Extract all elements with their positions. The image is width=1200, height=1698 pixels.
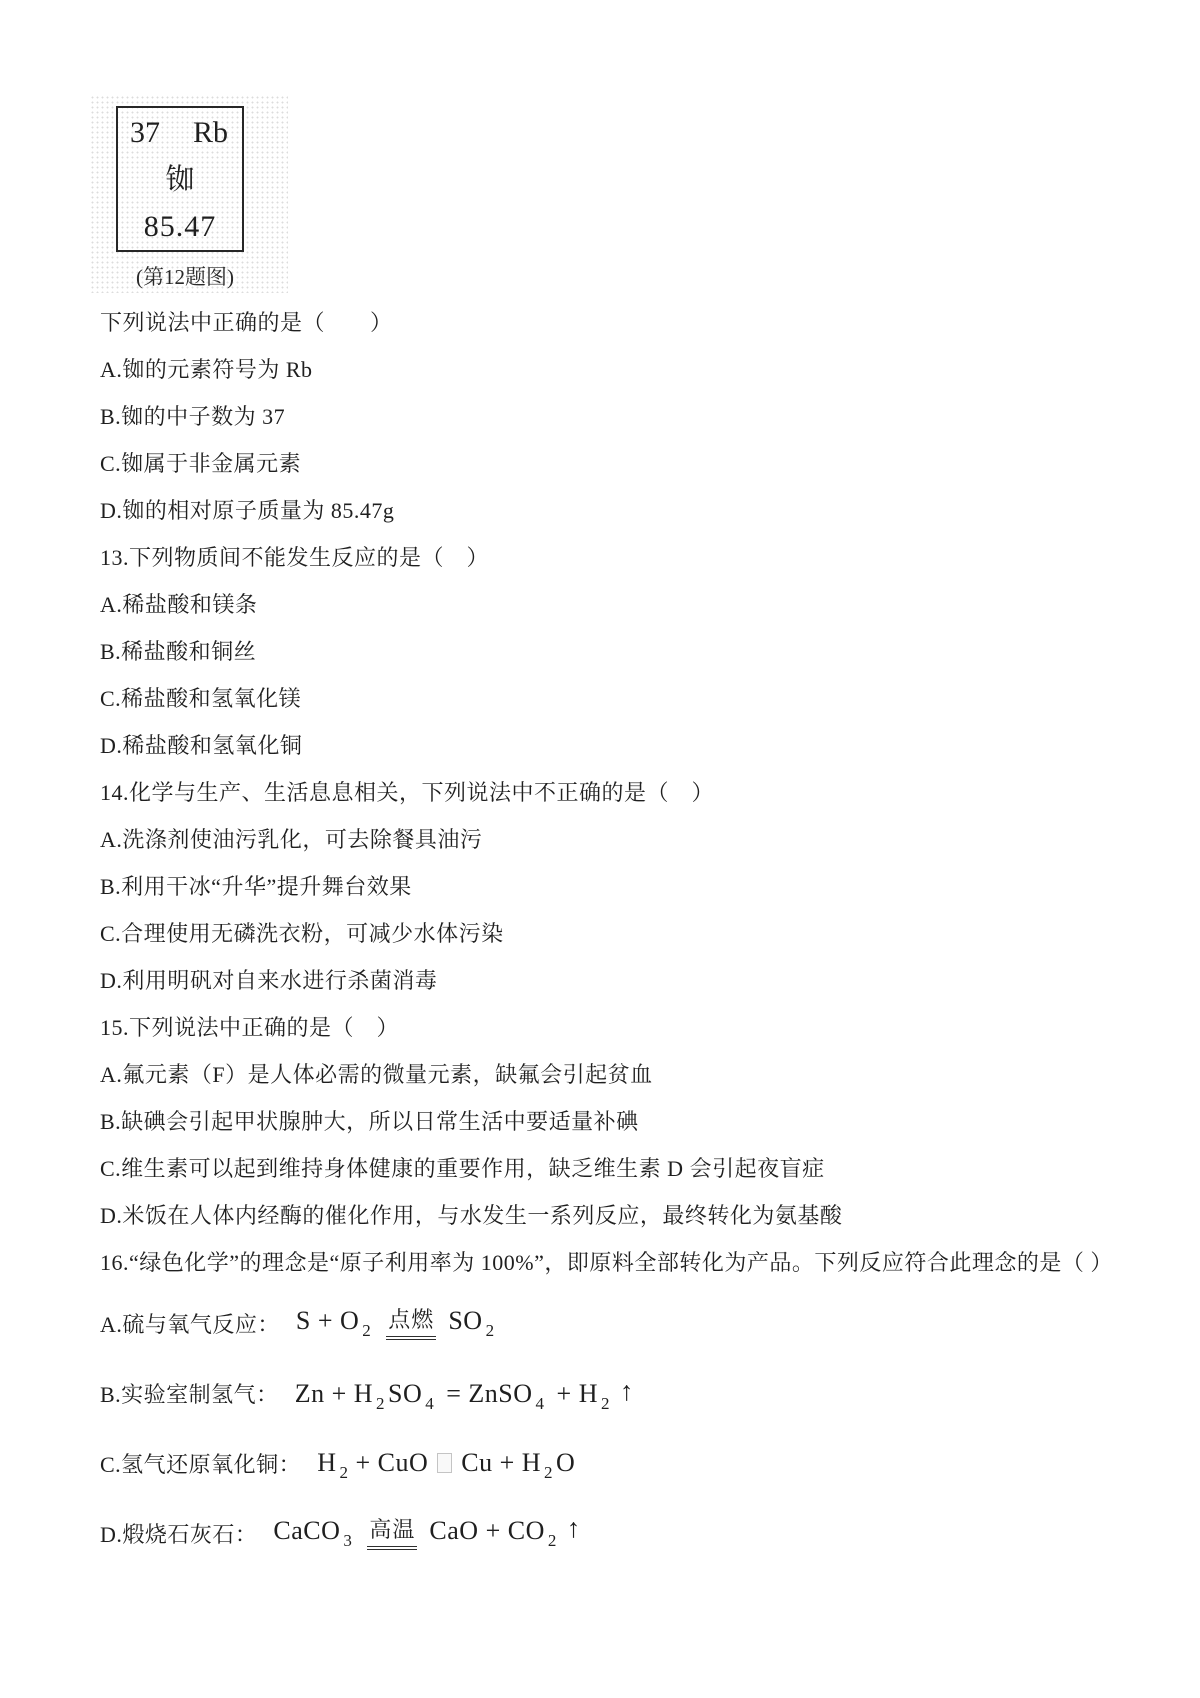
exam-page: 37 Rb 铷 85.47 (第12题图) 下列说法中正确的是（ ） A.铷的元… [0, 0, 1200, 1698]
element-box: 37 Rb 铷 85.47 [116, 106, 244, 252]
q14-option-d: D.利用明矾对自来水进行杀菌消毒 [100, 957, 1160, 1004]
q12-option-c: C.铷属于非金属元素 [100, 440, 1160, 487]
q12-stem: 下列说法中正确的是（ ） [100, 299, 1160, 346]
formula-part: SO [448, 1306, 482, 1336]
questions-text-block: 下列说法中正确的是（ ） A.铷的元素符号为 Rb B.铷的中子数为 37 C.… [100, 299, 1160, 1286]
formula-part: SO [388, 1379, 422, 1409]
q12-option-b: B.铷的中子数为 37 [100, 393, 1160, 440]
formula-part: + H [557, 1379, 598, 1409]
q16-option-c-formula: H2+ CuOCu + H2O [317, 1448, 575, 1478]
q15-stem: 15.下列说法中正确的是（ ） [100, 1004, 1160, 1051]
formula-part: Cu + H [461, 1448, 541, 1478]
q16-equations-block: A.硫与氧气反应： S + O2点燃SO2 B.实验室制氢气： Zn + H2S… [100, 1288, 1160, 1568]
q14-stem: 14.化学与生产、生活息息相关，下列说法中不正确的是（ ） [100, 769, 1160, 816]
subscript: 2 [339, 1463, 348, 1483]
subscript: 2 [548, 1531, 557, 1551]
q16-option-b-label: B.实验室制氢气： [100, 1378, 279, 1409]
q13-option-a: A.稀盐酸和镁条 [100, 581, 1160, 628]
missing-glyph-box [437, 1453, 452, 1473]
q13-option-b: B.稀盐酸和铜丝 [100, 628, 1160, 675]
subscript: 2 [362, 1321, 371, 1341]
q16-option-a-label: A.硫与氧气反应： [100, 1308, 280, 1339]
element-symbol: Rb [193, 118, 228, 148]
q16-option-d-label: D.煅烧石灰石： [100, 1518, 257, 1549]
gas-up-arrow: ↑ [567, 1513, 581, 1544]
q14-option-a: A.洗涤剂使油污乳化，可去除餐具油污 [100, 816, 1160, 863]
q16-option-a-formula: S + O2点燃SO2 [296, 1305, 498, 1342]
q14-option-b: B.利用干冰“升华”提升舞台效果 [100, 863, 1160, 910]
q15-option-b: B.缺碘会引起甲状腺肿大，所以日常生活中要适量补碘 [100, 1098, 1160, 1145]
gas-up-arrow: ↑ [620, 1376, 634, 1407]
formula-part: Zn + H [295, 1379, 373, 1409]
element-name: 铷 [118, 166, 242, 195]
q16-option-d: D.煅烧石灰石： CaCO3高温CaO + CO2↑ [100, 1498, 1160, 1568]
subscript: 3 [343, 1531, 352, 1551]
question-12-figure: 37 Rb 铷 85.47 (第12题图) [90, 95, 288, 293]
subscript: 2 [376, 1394, 385, 1414]
reaction-condition: 高温 [367, 1513, 417, 1550]
q16-stem: 16.“绿色化学”的理念是“原子利用率为 100%”，即原料全部转化为产品。下列… [100, 1239, 1160, 1286]
figure-caption: (第12题图) [90, 261, 280, 291]
formula-part: O [556, 1448, 575, 1478]
subscript: 2 [486, 1321, 495, 1341]
q12-option-d: D.铷的相对原子质量为 85.47g [100, 487, 1160, 534]
subscript: 2 [601, 1394, 610, 1414]
q15-option-a: A.氟元素（F）是人体必需的微量元素，缺氟会引起贫血 [100, 1051, 1160, 1098]
q16-option-a: A.硫与氧气反应： S + O2点燃SO2 [100, 1288, 1160, 1358]
formula-part: S + O [296, 1306, 359, 1336]
subscript: 2 [544, 1463, 553, 1483]
formula-part: CaCO [273, 1516, 340, 1546]
q14-option-c: C.合理使用无磷洗衣粉，可减少水体污染 [100, 910, 1160, 957]
q12-option-a: A.铷的元素符号为 Rb [100, 346, 1160, 393]
q16-option-b: B.实验室制氢气： Zn + H2SO4= ZnSO4+ H2↑ [100, 1358, 1160, 1428]
q13-stem: 13.下列物质间不能发生反应的是（ ） [100, 534, 1160, 581]
formula-part: + CuO [355, 1448, 428, 1478]
q16-option-c-label: C.氢气还原氧化铜： [100, 1448, 301, 1479]
atomic-number: 37 [130, 118, 160, 148]
q16-option-d-formula: CaCO3高温CaO + CO2↑ [273, 1515, 580, 1552]
element-box-top-row: 37 Rb [118, 118, 242, 148]
subscript: 4 [536, 1394, 545, 1414]
q16-option-c: C.氢气还原氧化铜： H2+ CuOCu + H2O [100, 1428, 1160, 1498]
formula-part: = ZnSO [446, 1379, 532, 1409]
formula-part: H [317, 1448, 336, 1478]
formula-part: CaO + CO [429, 1516, 544, 1546]
q16-option-b-formula: Zn + H2SO4= ZnSO4+ H2↑ [295, 1378, 634, 1409]
q13-option-c: C.稀盐酸和氢氧化镁 [100, 675, 1160, 722]
reaction-condition: 点燃 [386, 1303, 436, 1340]
atomic-mass: 85.47 [118, 212, 242, 242]
q13-option-d: D.稀盐酸和氢氧化铜 [100, 722, 1160, 769]
subscript: 4 [425, 1394, 434, 1414]
q15-option-d: D.米饭在人体内经酶的催化作用，与水发生一系列反应，最终转化为氨基酸 [100, 1192, 1160, 1239]
q15-option-c: C.维生素可以起到维持身体健康的重要作用，缺乏维生素 D 会引起夜盲症 [100, 1145, 1160, 1192]
